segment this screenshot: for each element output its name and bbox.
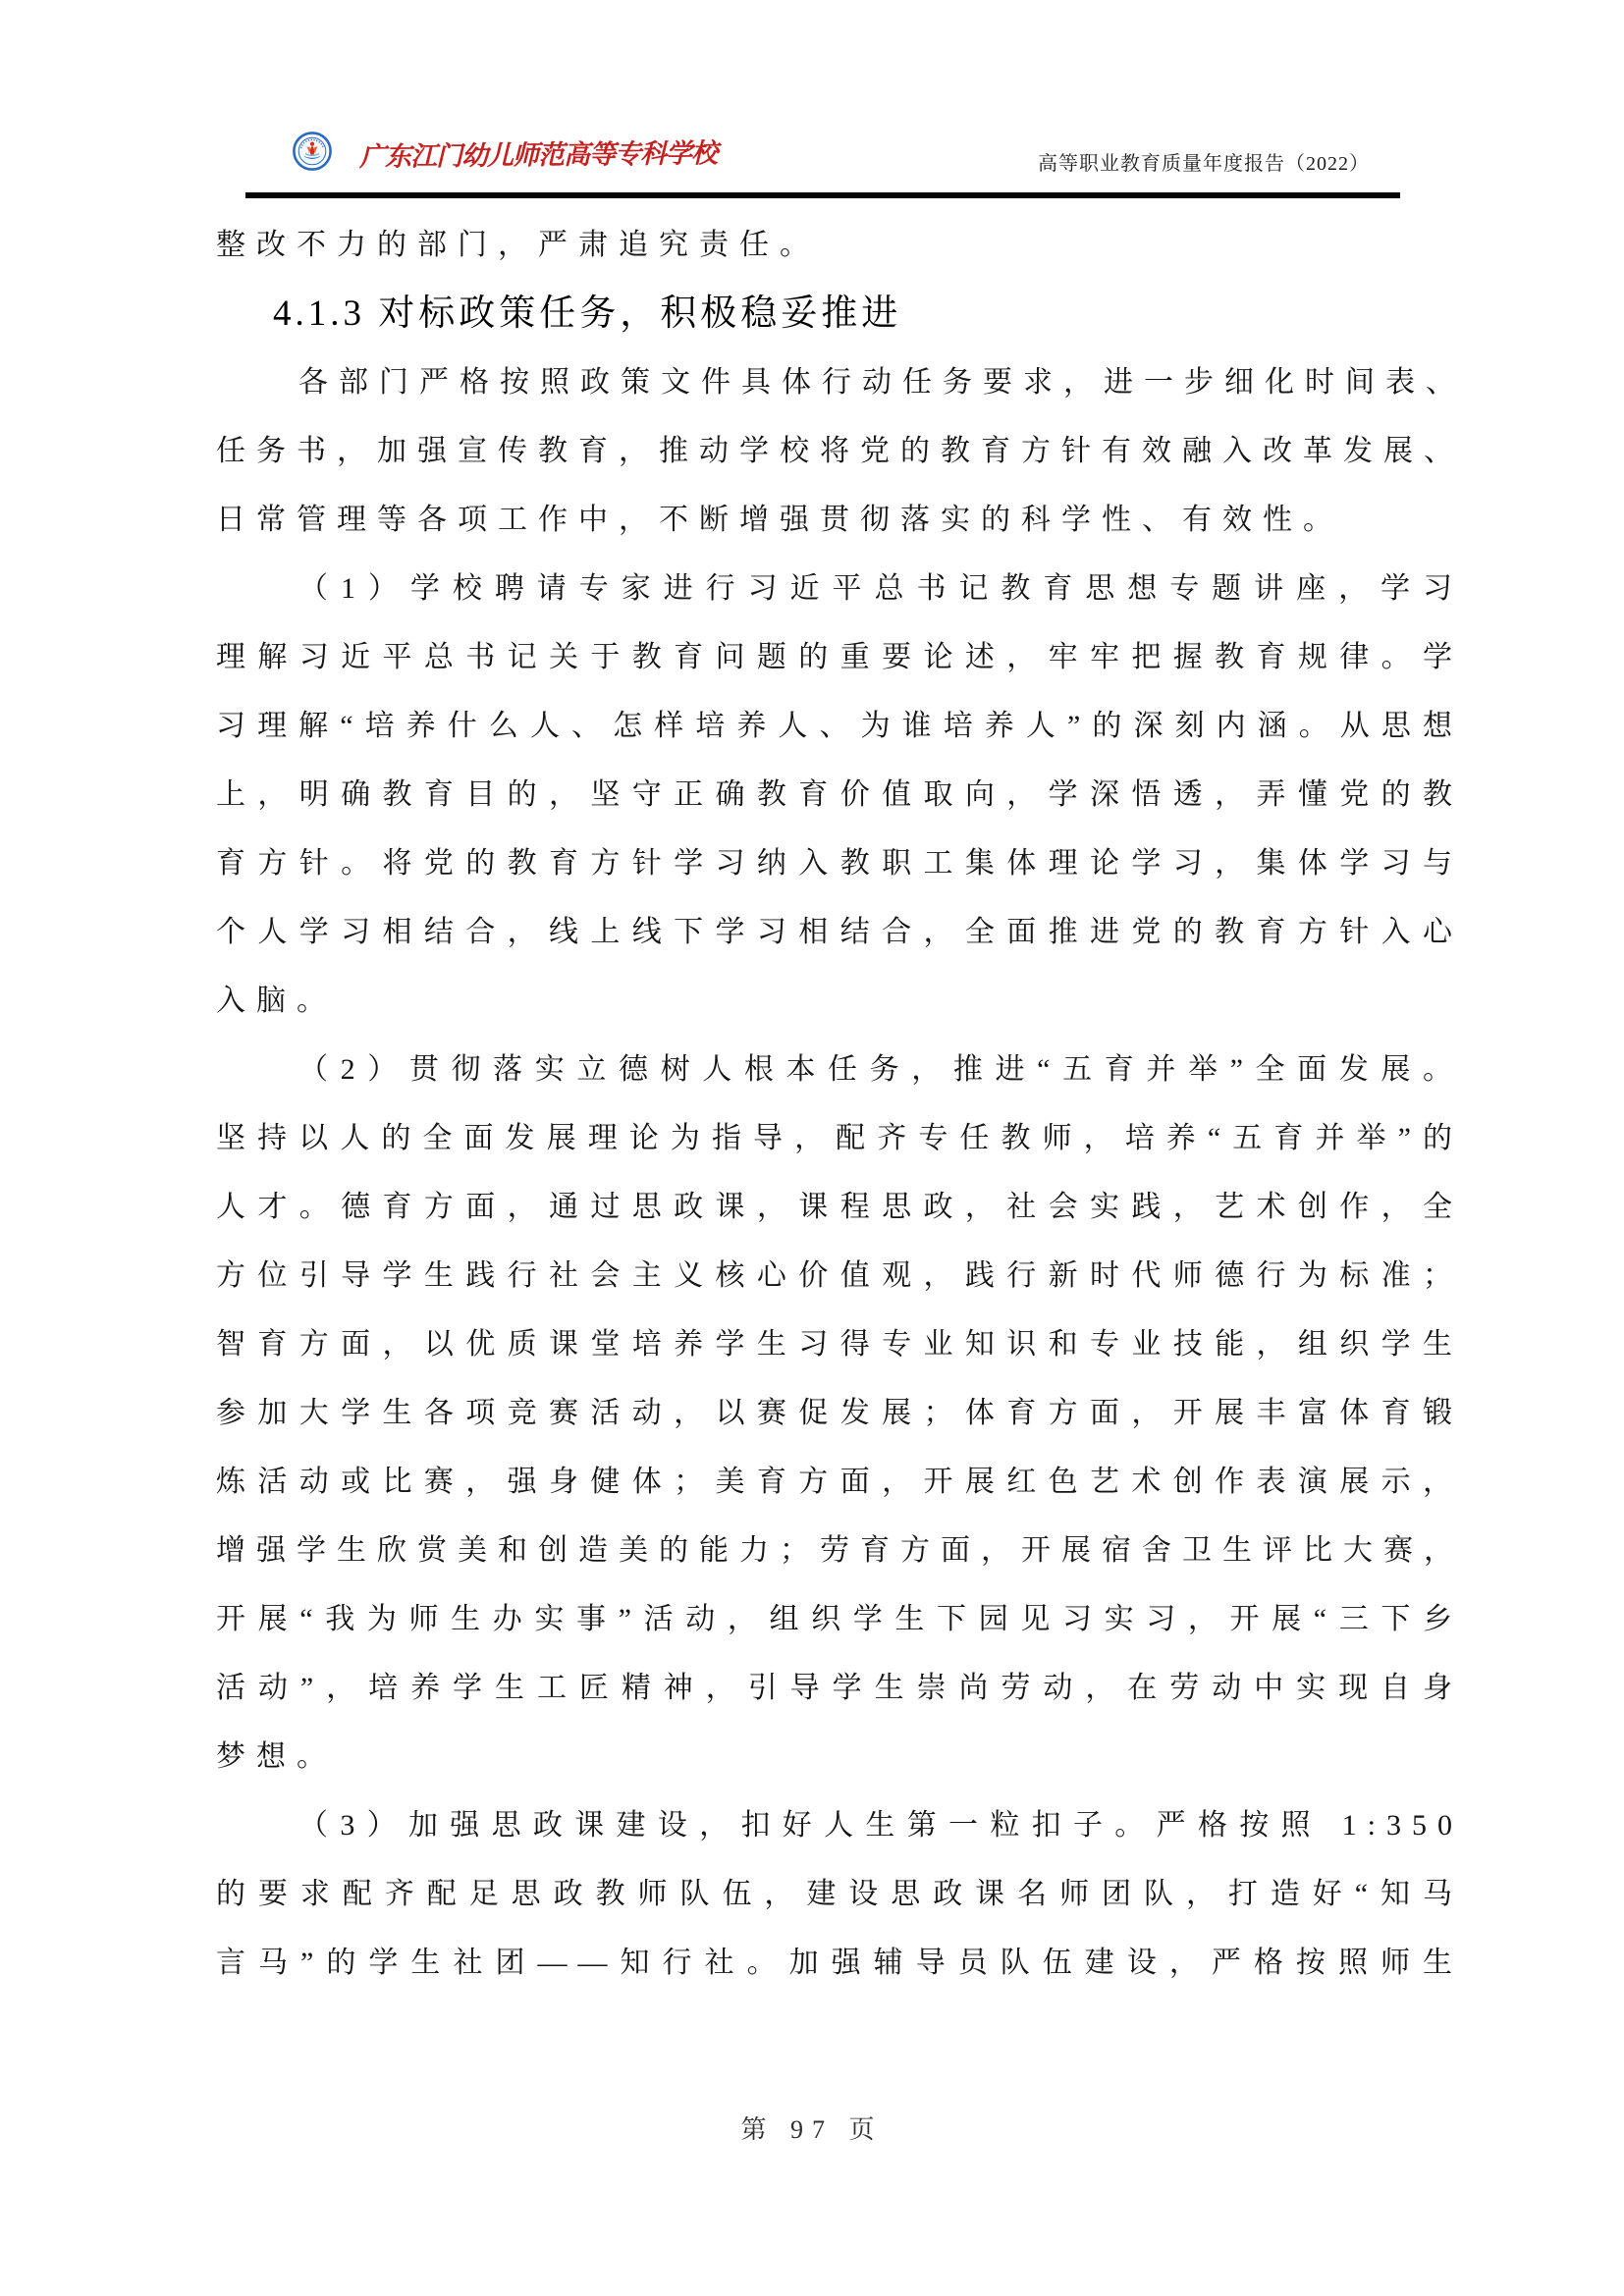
body-line: 智育方面，以优质课堂培养学生习得专业知识和专业技能，组织学生	[216, 1310, 1463, 1379]
body-line: （2）贯彻落实立德树人根本任务，推进“五育并举”全面发展。	[216, 1036, 1463, 1104]
document-page: 广东江门幼儿师范高等专科学校 高等职业教育质量年度报告（2022） 整改不力的部…	[0, 0, 1624, 2296]
body-line: 人才。德育方面，通过思政课，课程思政，社会实践，艺术创作，全	[216, 1173, 1463, 1242]
school-name: 广东江门幼儿师范高等专科学校	[359, 131, 909, 178]
body-line: 各部门严格按照政策文件具体行动任务要求，进一步细化时间表、	[216, 348, 1463, 417]
body-line: （3）加强思政课建设，扣好人生第一粒扣子。严格按照 1:350	[216, 1791, 1463, 1860]
body-line: 坚持以人的全面发展理论为指导，配齐专任教师，培养“五育并举”的	[216, 1104, 1463, 1173]
body-line: 梦想。	[216, 1723, 1463, 1791]
body-line: 习理解“培养什么人、怎样培养人、为谁培养人”的深刻内涵。从思想	[216, 692, 1463, 761]
body-line: 任务书，加强宣传教育，推动学校将党的教育方针有效融入改革发展、	[216, 417, 1463, 486]
report-title: 高等职业教育质量年度报告（2022）	[1031, 149, 1370, 179]
body-line: 日常管理等各项工作中，不断增强贯彻落实的科学性、有效性。	[216, 486, 1463, 555]
body-line: （1）学校聘请专家进行习近平总书记教育思想专题讲座，学习	[216, 555, 1463, 623]
body-line: 入脑。	[216, 967, 1463, 1036]
page-footer: 第 97 页	[0, 2109, 1624, 2152]
page-number: 第 97 页	[740, 2115, 883, 2144]
body-line: 上，明确教育目的，坚守正确教育价值取向，学深悟透，弄懂党的教	[216, 761, 1463, 829]
body-line: 参加大学生各项竞赛活动，以赛促发展；体育方面，开展丰富体育锻	[216, 1379, 1463, 1448]
body-line: 言马”的学生社团——知行社。加强辅导员队伍建设，严格按照师生	[216, 1929, 1463, 1998]
body-line: 炼活动或比赛，强身健体；美育方面，开展红色艺术创作表演展示，	[216, 1448, 1463, 1517]
body-line: 个人学习相结合，线上线下学习相结合，全面推进党的教育方针入心	[216, 898, 1463, 967]
school-logo-icon	[293, 132, 332, 171]
body-line: 方位引导学生践行社会主义核心价值观，践行新时代师德行为标准；	[216, 1242, 1463, 1310]
body-line: 的要求配齐配足思政教师队伍，建设思政课名师团队，打造好“知马	[216, 1860, 1463, 1929]
body-line: 增强学生欣赏美和创造美的能力；劳育方面，开展宿舍卫生评比大赛，	[216, 1517, 1463, 1585]
section-heading: 4.1.3 对标政策任务，积极稳妥推进	[216, 280, 1463, 348]
body-line: 开展“我为师生办实事”活动，组织学生下园见习实习，开展“三下乡	[216, 1585, 1463, 1654]
document-body: 整改不力的部门，严肃追究责任。4.1.3 对标政策任务，积极稳妥推进各部门严格按…	[216, 211, 1463, 1998]
body-line: 育方针。将党的教育方针学习纳入教职工集体理论学习，集体学习与	[216, 829, 1463, 898]
header-rule	[245, 192, 1400, 198]
body-line: 活动”，培养学生工匠精神，引导学生崇尚劳动，在劳动中实现自身	[216, 1654, 1463, 1723]
body-line: 理解习近平总书记关于教育问题的重要论述，牢牢把握教育规律。学	[216, 623, 1463, 692]
body-line: 整改不力的部门，严肃追究责任。	[216, 211, 1463, 280]
